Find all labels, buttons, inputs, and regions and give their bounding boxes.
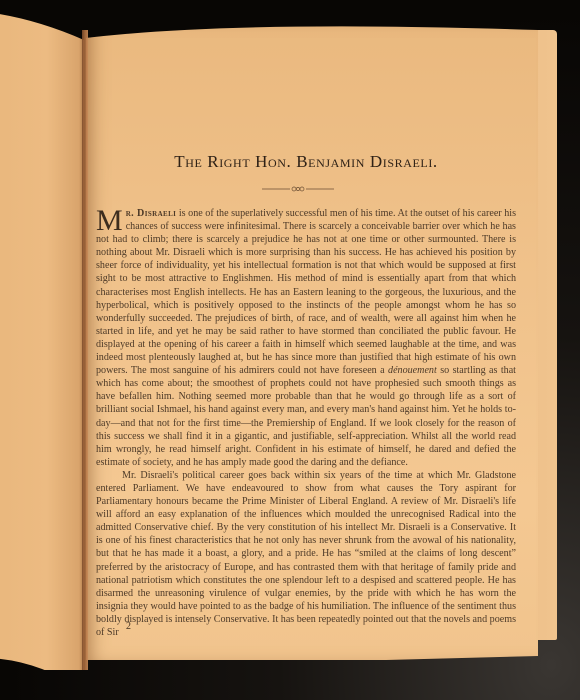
- paragraph-1-text-b: so startling as that which has come abou…: [96, 365, 516, 468]
- paragraph-1-text-a: is one of the superlatively successful m…: [96, 208, 516, 376]
- paragraph-1: Mr. Disraeli is one of the superlatively…: [96, 207, 516, 469]
- book-gutter: [82, 30, 88, 670]
- page-title: The Right Hon. Benjamin Disraeli.: [108, 152, 504, 172]
- left-page: [0, 10, 84, 670]
- paragraph-2: Mr. Disraeli's political career goes bac…: [96, 469, 516, 639]
- book-photo: The Right Hon. Benjamin Disraeli. Mr. Di…: [0, 0, 580, 700]
- article-body: Mr. Disraeli is one of the superlatively…: [96, 207, 516, 639]
- drop-cap: M: [96, 209, 123, 233]
- page-number: 2: [126, 621, 131, 632]
- right-page: The Right Hon. Benjamin Disraeli. Mr. Di…: [86, 24, 538, 660]
- ornament-divider-icon: [258, 184, 338, 194]
- lead-caps: r. Disraeli: [126, 208, 177, 219]
- italic-term: dénouement: [388, 365, 437, 376]
